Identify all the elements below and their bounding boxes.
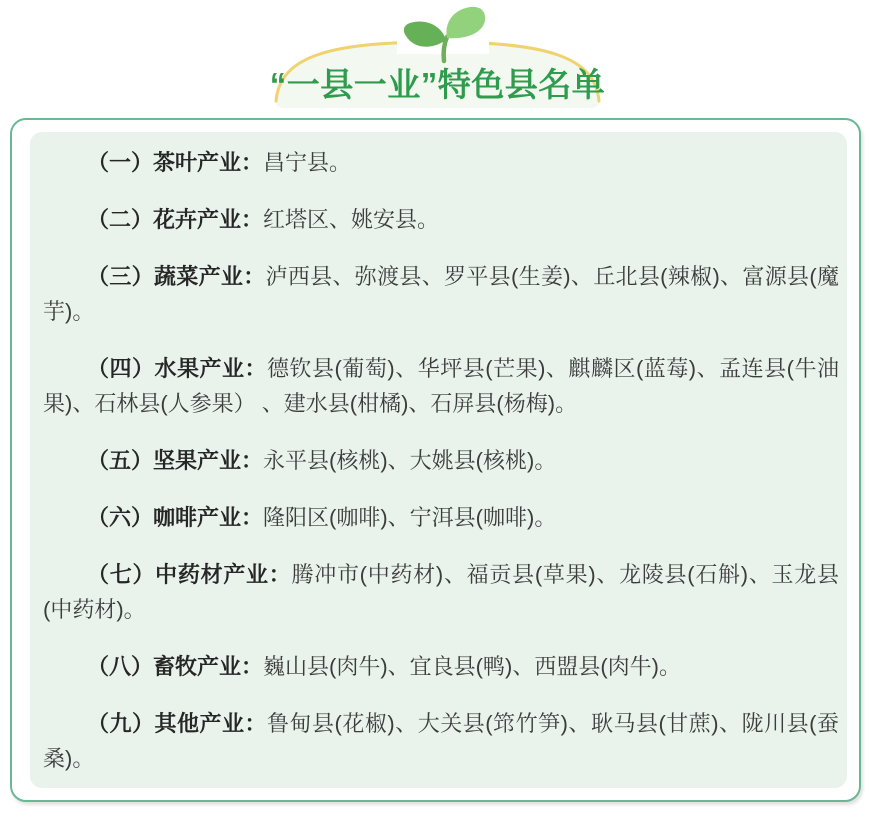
item-label: （一）茶叶产业： xyxy=(87,150,263,175)
item-value: 隆阳区(咖啡)、宁洱县(咖啡)。 xyxy=(263,505,556,530)
list-item: （四）水果产业：德钦县(葡萄)、华坪县(芒果)、麒麟区(蓝莓)、孟连县(牛油果)… xyxy=(43,351,839,421)
item-value: 红塔区、姚安县。 xyxy=(263,207,439,232)
list-panel: （一）茶叶产业：昌宁县。 （二）花卉产业：红塔区、姚安县。 （三）蔬菜产业：泸西… xyxy=(30,132,847,788)
item-label: （六）咖啡产业： xyxy=(87,505,263,530)
list-item: （九）其他产业：鲁甸县(花椒)、大关县(筇竹笋)、耿马县(甘蔗)、陇川县(蚕桑)… xyxy=(43,706,839,776)
header: “一县一业”特色县名单 xyxy=(0,0,879,114)
list-item: （二）花卉产业：红塔区、姚安县。 xyxy=(43,202,839,237)
item-label: （九）其他产业： xyxy=(87,711,267,736)
item-value: 昌宁县。 xyxy=(263,150,351,175)
list-item: （八）畜牧产业：巍山县(肉牛)、宜良县(鸭)、西盟县(肉牛)。 xyxy=(43,649,839,684)
item-value: 巍山县(肉牛)、宜良县(鸭)、西盟县(肉牛)。 xyxy=(263,654,681,679)
item-label: （五）坚果产业： xyxy=(87,448,263,473)
content-card: （一）茶叶产业：昌宁县。 （二）花卉产业：红塔区、姚安县。 （三）蔬菜产业：泸西… xyxy=(10,118,861,802)
list-item: （五）坚果产业：永平县(核桃)、大姚县(核桃)。 xyxy=(43,443,839,478)
list-item: （六）咖啡产业：隆阳区(咖啡)、宁洱县(咖啡)。 xyxy=(43,500,839,535)
list-item: （三）蔬菜产业：泸西县、弥渡县、罗平县(生姜)、丘北县(辣椒)、富源县(魔芋)。 xyxy=(43,259,839,329)
item-value: 永平县(核桃)、大姚县(核桃)。 xyxy=(263,448,556,473)
page-title: “一县一业”特色县名单 xyxy=(0,59,875,106)
list-item: （一）茶叶产业：昌宁县。 xyxy=(43,145,839,180)
item-label: （七）中药材产业： xyxy=(87,562,292,587)
item-label: （二）花卉产业： xyxy=(87,207,263,232)
item-label: （三）蔬菜产业： xyxy=(87,264,266,289)
list-item: （七）中药材产业：腾冲市(中药材)、福贡县(草果)、龙陵县(石斛)、玉龙县(中药… xyxy=(43,557,839,627)
item-label: （八）畜牧产业： xyxy=(87,654,263,679)
item-label: （四）水果产业： xyxy=(87,356,267,381)
